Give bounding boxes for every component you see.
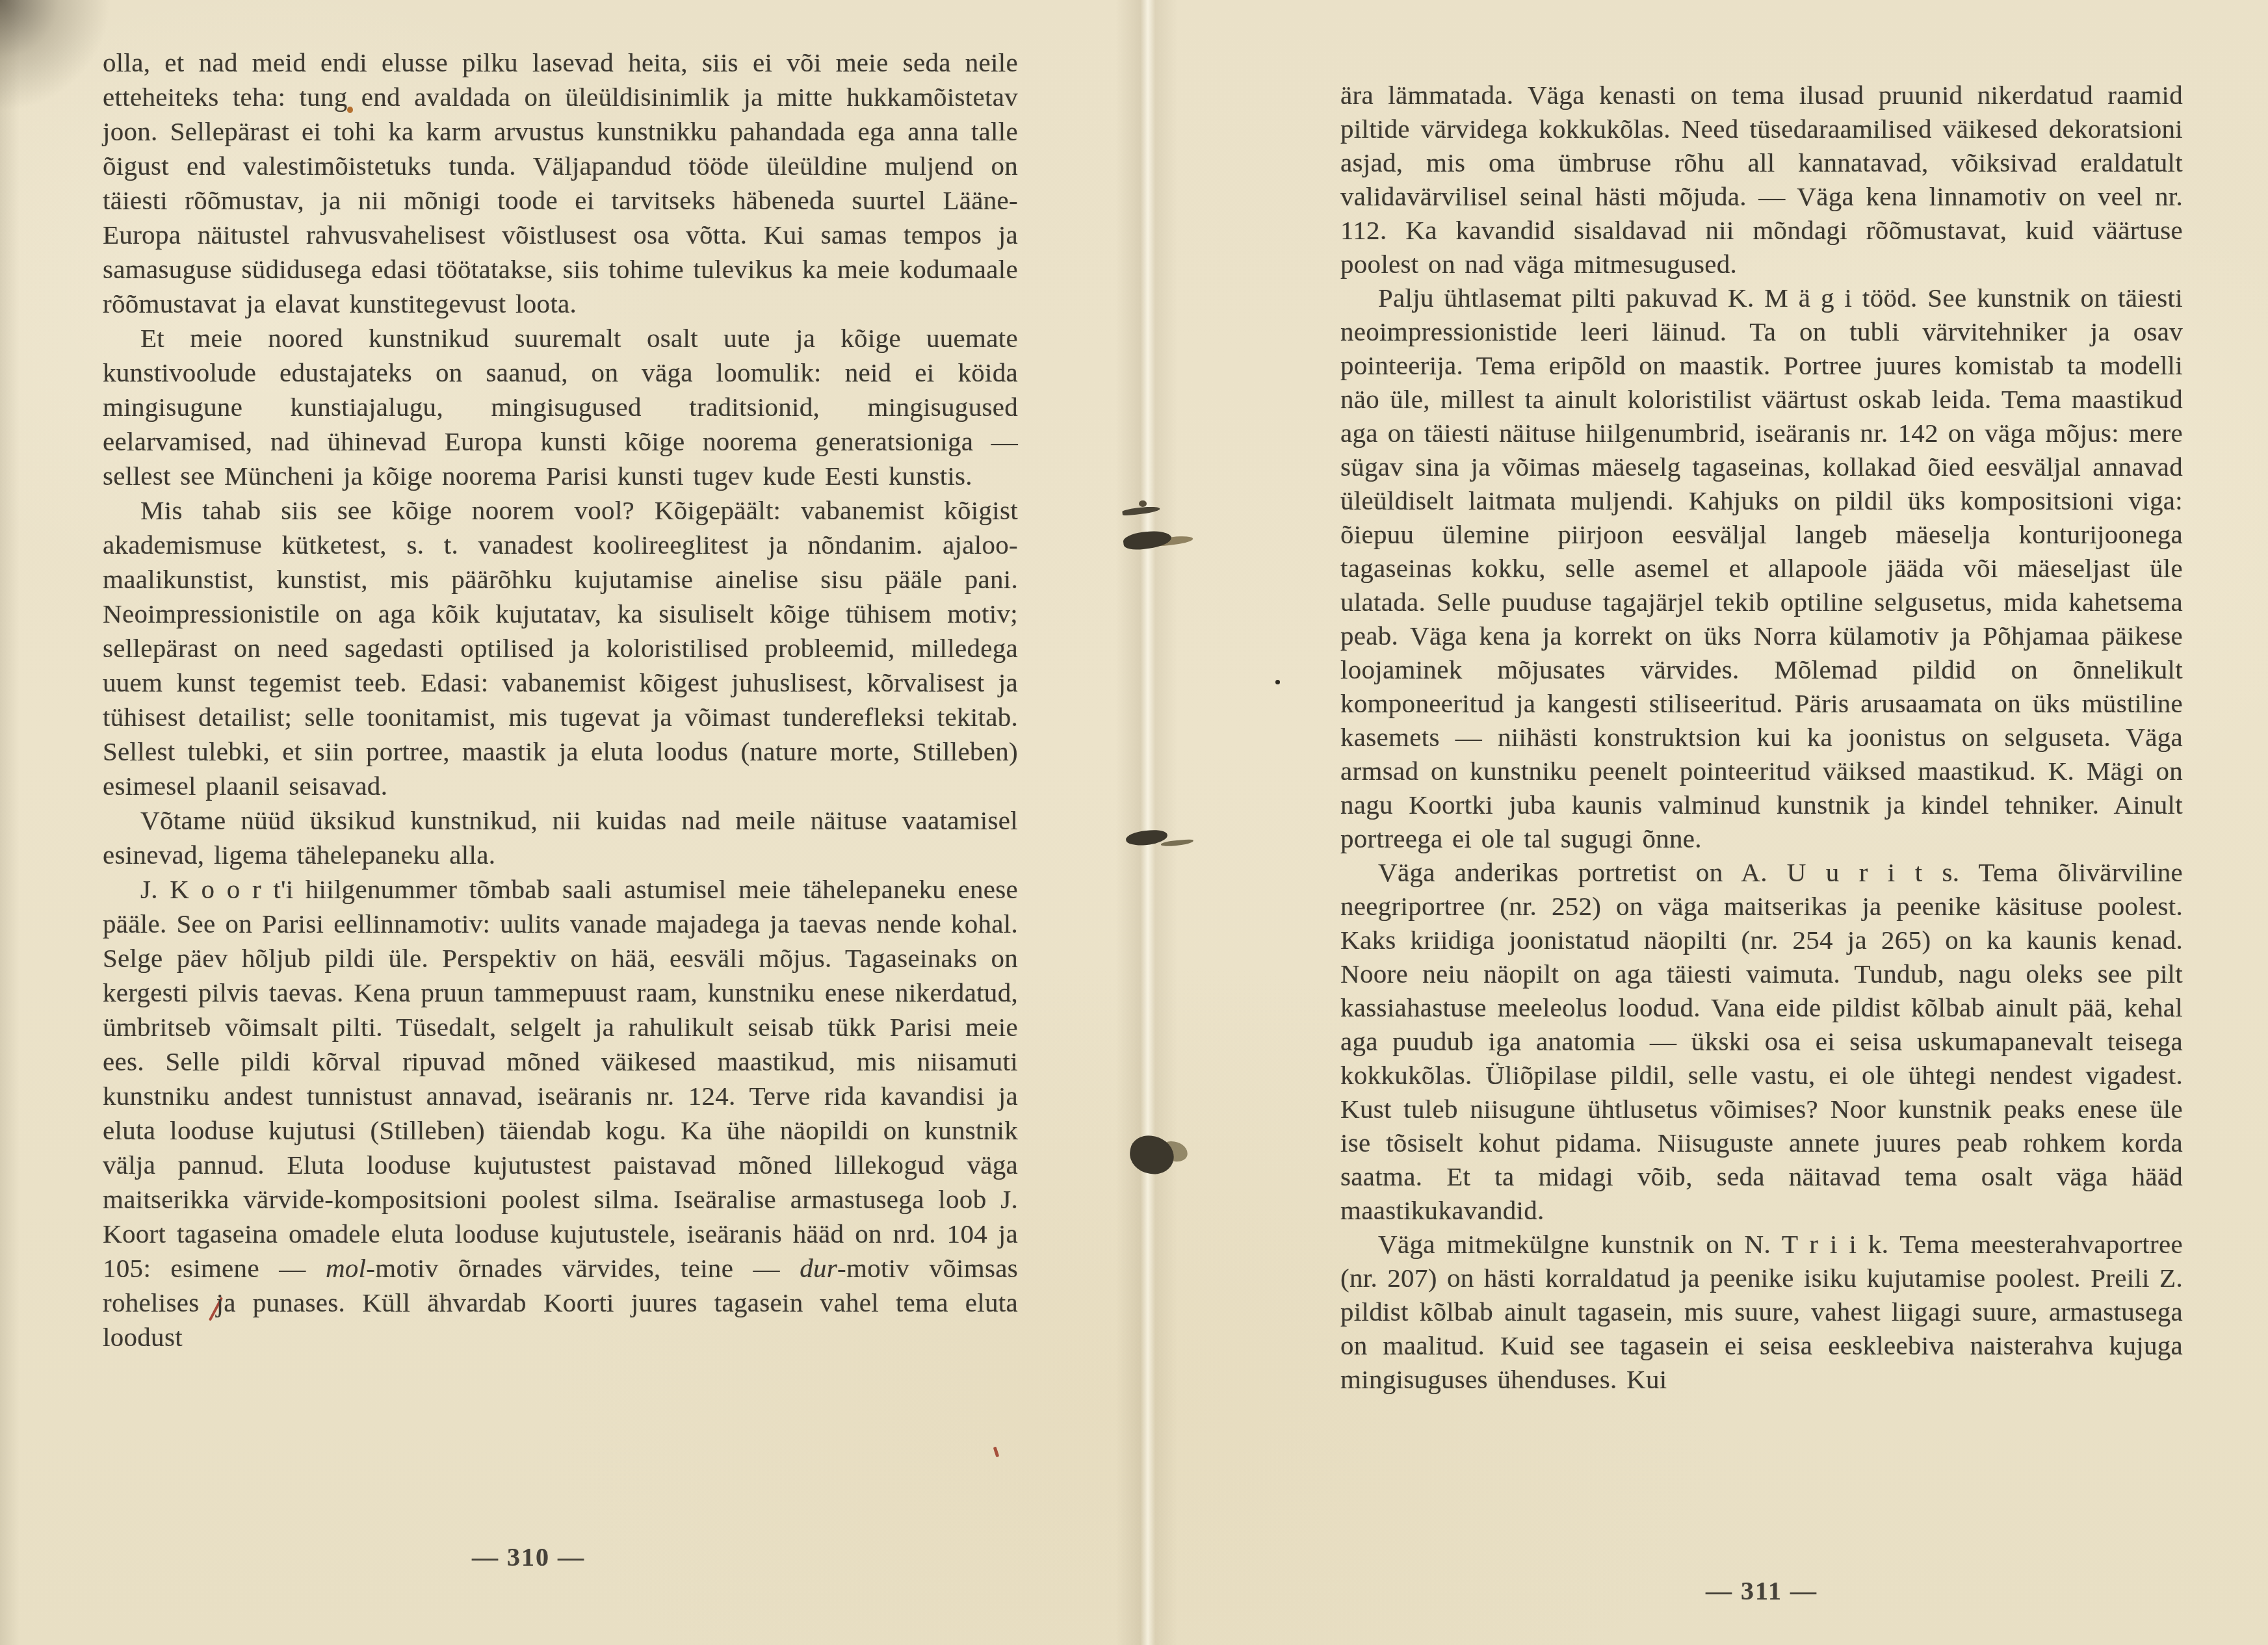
right-page-text: ära lämmatada. Väga kenasti on tema ilus… [1340,78,2183,1396]
right-page-number: — 311 — [1340,1575,2183,1606]
italic-text-segment: mol [326,1253,366,1283]
text-segment: J. K o o r t'i hiilgenummer tõmbab saali… [103,874,1018,1283]
left-page-text: olla, et nad meid endi elusse pilku lase… [103,45,1018,1354]
text-segment: -motiv õrnades värvides, teine — [366,1253,800,1283]
gutter-crease [1115,0,1178,1645]
text-segment: Palju ühtlasemat pilti pakuvad K. M ä g … [1340,283,2183,853]
ink-speck [1275,680,1280,684]
text-segment: Väga mitmekülgne kunstnik on N. T r i i … [1340,1229,2183,1394]
text-segment: Võtame nüüd üksikud kunstnikud, nii kuid… [103,805,1018,870]
paragraph: Väga anderikas portretist on A. U u r i … [1340,855,2183,1227]
paragraph: Võtame nüüd üksikud kunstnikud, nii kuid… [103,803,1018,872]
book-scan: olla, et nad meid endi elusse pilku lase… [0,0,2268,1645]
paragraph: Palju ühtlasemat pilti pakuvad K. M ä g … [1340,281,2183,855]
text-segment: ära lämmatada. Väga kenasti on tema ilus… [1340,80,2183,279]
italic-text-segment: dur [800,1253,837,1283]
scan-edge-shadow [0,0,20,1645]
red-pencil-mark [993,1447,1000,1458]
paragraph: J. K o o r t'i hiilgenummer tõmbab saali… [103,872,1018,1354]
paragraph: Mis tahab siis see kõige noorem vool? Kõ… [103,493,1018,803]
text-segment: Mis tahab siis see kõige noorem vool? Kõ… [103,495,1018,801]
paragraph: olla, et nad meid endi elusse pilku lase… [103,45,1018,321]
paragraph: Et meie noored kunstnikud suuremalt osal… [103,321,1018,493]
binding-speck [1139,500,1147,507]
paragraph: ära lämmatada. Väga kenasti on tema ilus… [1340,78,2183,281]
left-page-number: — 310 — [103,1542,954,1572]
text-segment: Et meie noored kunstnikud suuremalt osal… [103,323,1018,491]
text-segment: olla, et nad meid endi elusse pilku lase… [103,47,1018,318]
text-segment: Väga anderikas portretist on A. U u r i … [1340,857,2183,1225]
paragraph: Väga mitmekülgne kunstnik on N. T r i i … [1340,1227,2183,1396]
